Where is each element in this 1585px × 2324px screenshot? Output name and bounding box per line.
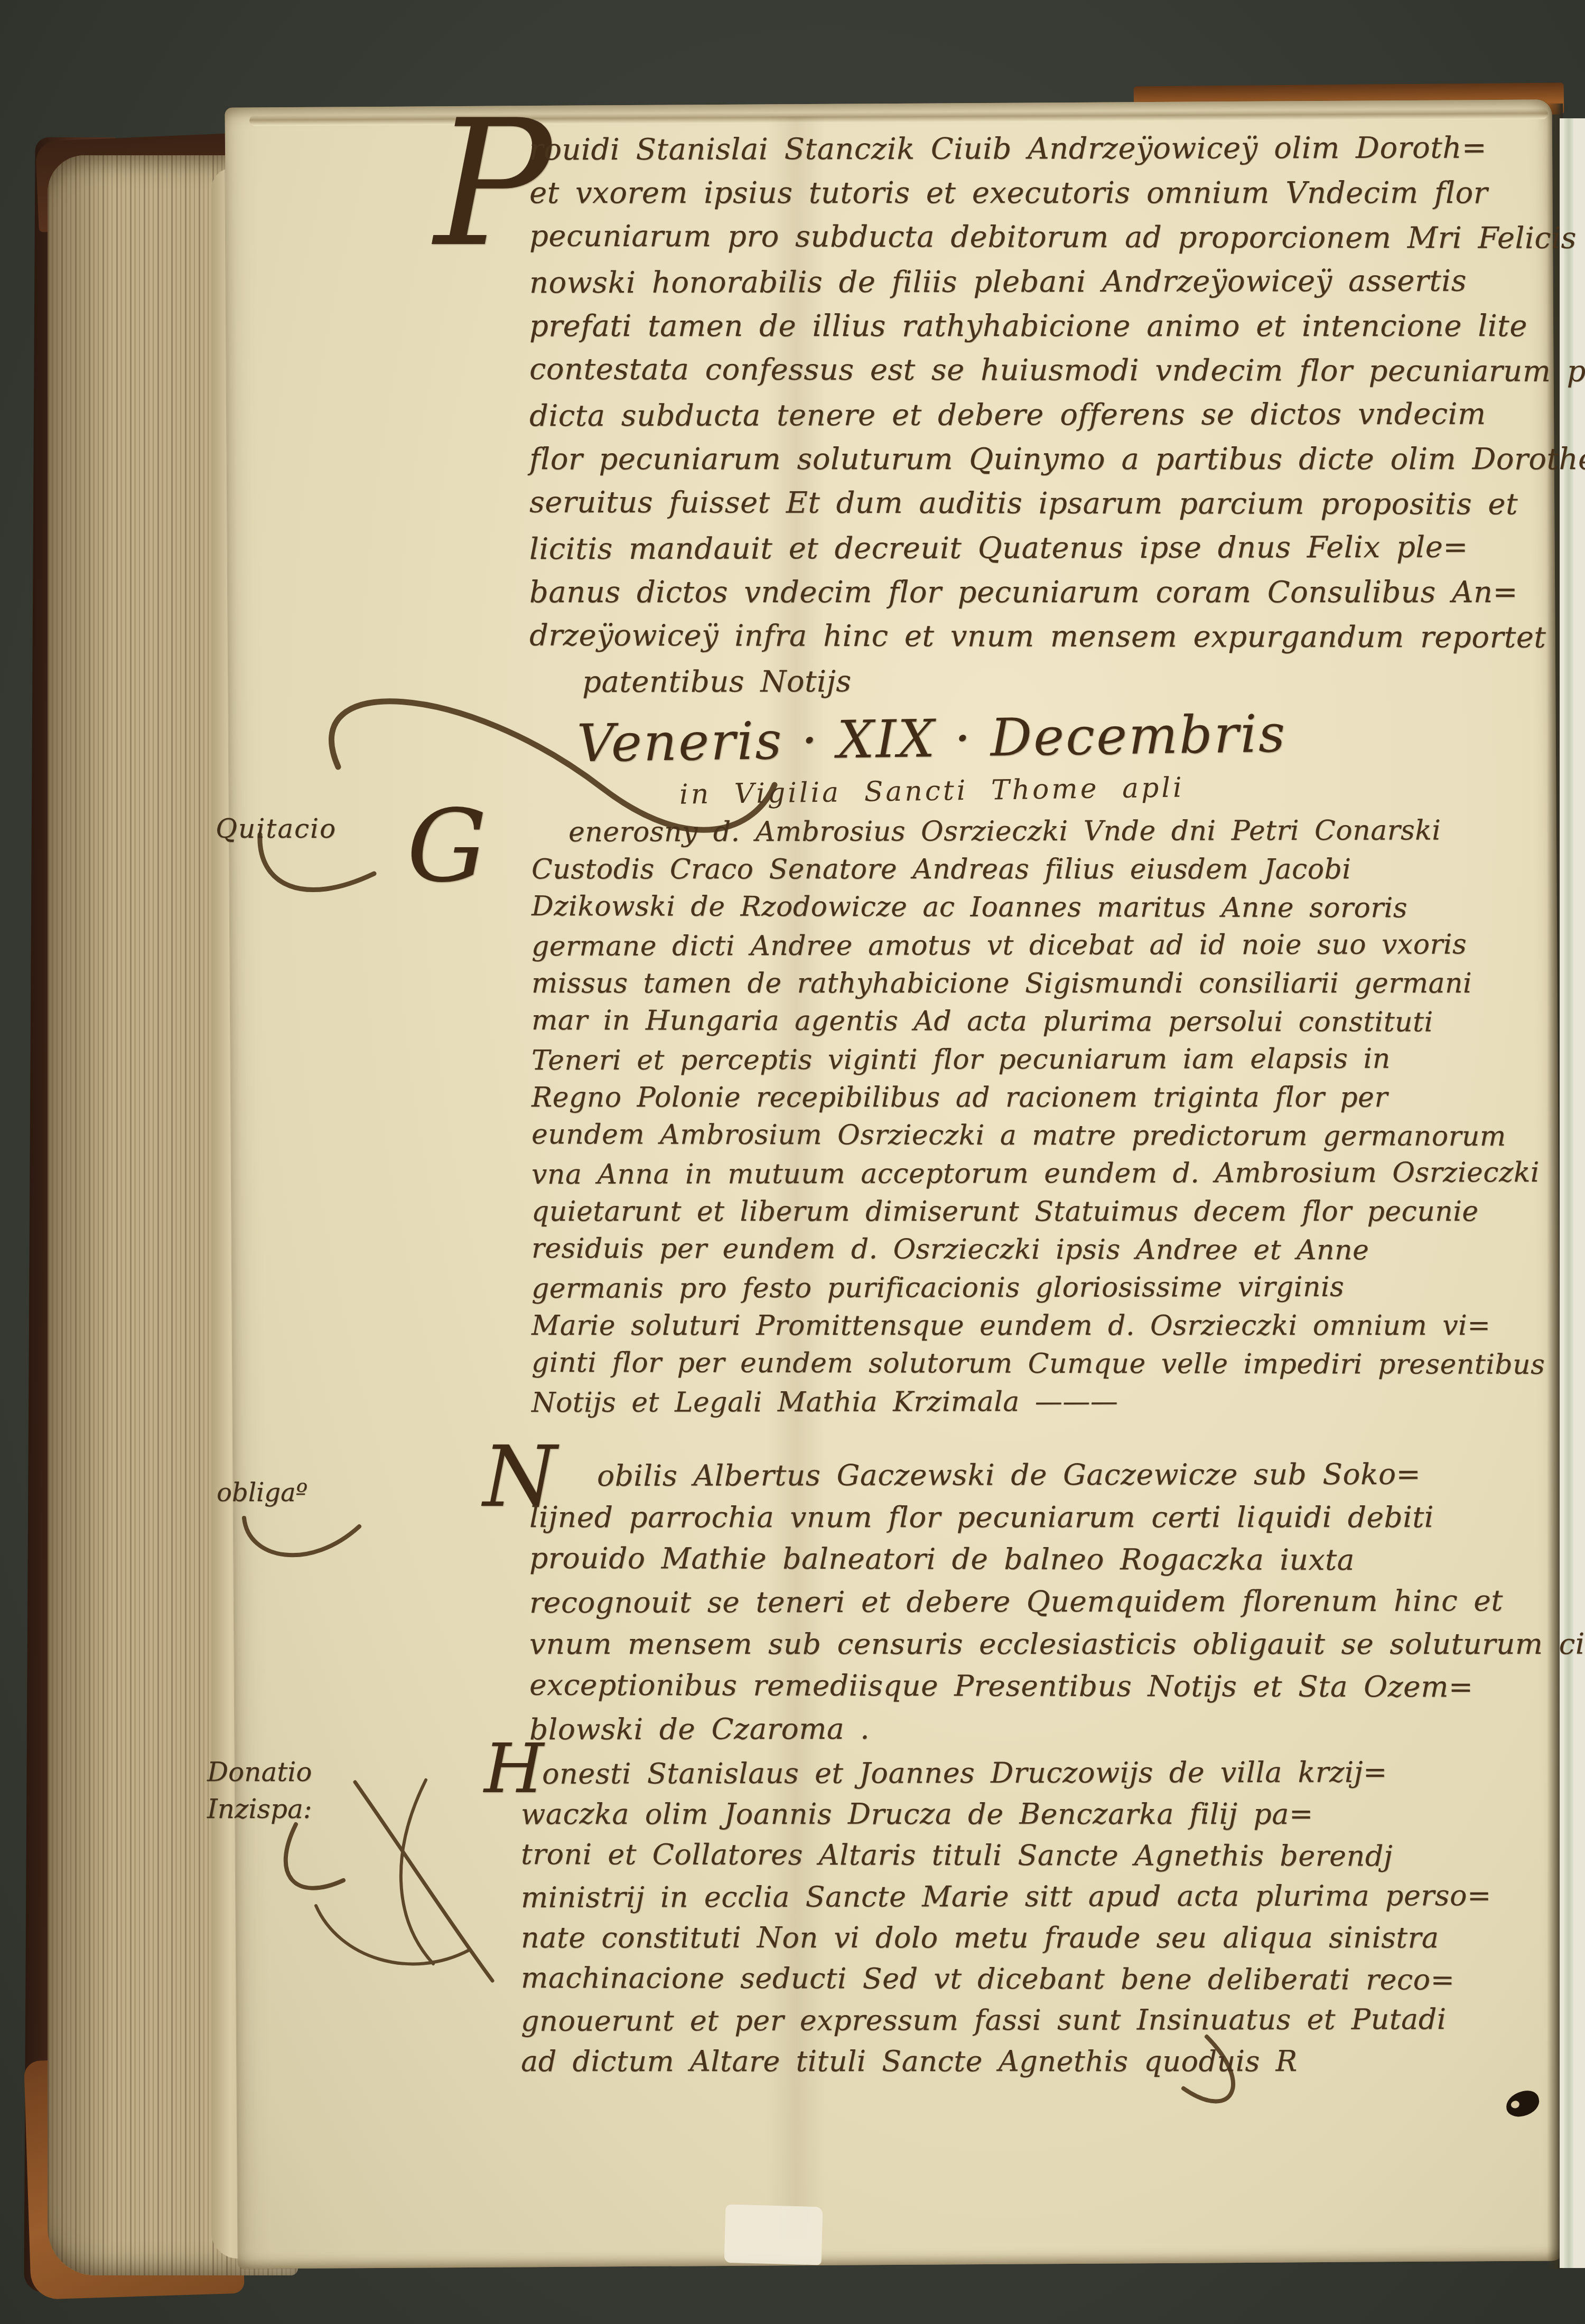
- text-line: rouidi Stanislai Stanczik Ciuib Andrzeÿo…: [529, 126, 1585, 173]
- text-line: contestata confessus est se huiusmodi vn…: [529, 348, 1585, 395]
- margin-note-quitacio: Quitacio: [216, 813, 337, 844]
- ink-blot-highlight: [1510, 2100, 1520, 2109]
- entry-providi-stanislai: rouidi Stanislai Stanczik Ciuib Andrzeÿo…: [529, 127, 1585, 704]
- paper-repair-patch: [724, 2205, 823, 2265]
- text-line: vna Anna in mutuum acceptorum eundem d. …: [532, 1154, 1545, 1194]
- text-line: residuis per eundem d. Osrzieczki ipsis …: [532, 1230, 1545, 1270]
- text-line: licitis mandauit et decreuit Quatenus ip…: [529, 525, 1585, 572]
- text-line: prouido Mathie balneatori de balneo Roga…: [529, 1537, 1585, 1581]
- entry-obligacio: obilis Albertus Gaczewski de Gaczewicze …: [529, 1454, 1585, 1749]
- text-line: germanis pro festo purificacionis glorio…: [532, 1268, 1545, 1308]
- text-line: enerosny d. Ambrosius Osrzieczki Vnde dn…: [532, 811, 1545, 851]
- text-line: pecuniarum pro subducta debitorum ad pro…: [529, 214, 1585, 261]
- text-line: lijned parrochia vnum flor pecuniarum ce…: [529, 1496, 1585, 1538]
- text-line: flor pecuniarum soluturum Quinymo a part…: [529, 437, 1585, 482]
- text-line: gnouerunt et per expressum fassi sunt In…: [521, 1999, 1491, 2042]
- text-line: dicta subducta tenere et debere offerens…: [529, 392, 1585, 439]
- text-line: blowski de Czaroma .: [529, 1706, 1585, 1750]
- text-line: recognouit se teneri et debere Quemquide…: [529, 1579, 1585, 1624]
- text-line: prefati tamen de illius rathyhabicione a…: [529, 304, 1585, 349]
- manuscript-scan: Quitacio obligaº Donatio Inzispa: P roui…: [0, 0, 1585, 2324]
- text-line: Marie soluturi Promittensque eundem d. O…: [532, 1307, 1545, 1345]
- text-line: machinacione seducti Sed vt dicebant ben…: [521, 1957, 1491, 2001]
- text-line: ginti flor per eundem solutorum Cumque v…: [532, 1344, 1545, 1384]
- text-line: drzeÿowiceÿ infra hinc et vnum mensem ex…: [529, 614, 1585, 661]
- text-line: Dzikowski de Rzodowicze ac Ioannes marit…: [532, 887, 1545, 927]
- text-line: exceptionibus remediisque Presentibus No…: [529, 1664, 1585, 1708]
- text-line: vnum mensem sub censuris ecclesiasticis …: [529, 1623, 1585, 1665]
- text-line: banus dictos vndecim flor pecuniarum cor…: [529, 570, 1585, 615]
- margin-note-donatio-line1: Donatio: [207, 1754, 312, 1791]
- text-line: patentibus Notijs: [529, 658, 1585, 705]
- text-line: Custodis Craco Senatore Andreas filius e…: [532, 850, 1545, 888]
- text-line: Regno Polonie recepibilibus ad racionem …: [532, 1079, 1545, 1117]
- entry-donatio: onesti Stanislaus et Joannes Druczowijs …: [521, 1753, 1491, 2082]
- text-line: obilis Albertus Gaczewski de Gaczewicze …: [529, 1452, 1585, 1497]
- text-line: ad dictum Altare tituli Sancte Agnethis …: [521, 2041, 1491, 2082]
- text-line: quietarunt et liberum dimiserunt Statuim…: [532, 1193, 1545, 1231]
- text-line: seruitus fuisset Et dum auditis ipsarum …: [529, 481, 1585, 528]
- text-line: missus tamen de rathyhabicione Sigismund…: [532, 964, 1545, 1002]
- text-line: troni et Collatores Altaris tituli Sanct…: [521, 1834, 1491, 1877]
- margin-note-donatio: Donatio Inzispa:: [207, 1754, 312, 1828]
- date-heading: Veneris · XIX · Decembris: [576, 704, 1287, 774]
- text-line: eundem Ambrosium Osrzieczki a matre pred…: [532, 1116, 1545, 1156]
- margin-note-obligacio: obligaº: [217, 1478, 307, 1507]
- text-line: ministrij in ecclia Sancte Marie sitt ap…: [521, 1875, 1491, 1918]
- entry2-initial: G: [407, 801, 487, 891]
- text-line: germane dicti Andree amotus vt dicebat a…: [532, 925, 1545, 966]
- text-line: nowski honorabilis de filiis plebani And…: [529, 259, 1585, 306]
- text-line: et vxorem ipsius tutoris et executoris o…: [529, 171, 1585, 215]
- text-line: mar in Hungaria agentis Ad acta plurima …: [532, 1001, 1545, 1042]
- text-line: nate constituti Non vi dolo metu fraude …: [521, 1917, 1491, 1958]
- text-line: onesti Stanislaus et Joannes Druczowijs …: [521, 1751, 1491, 1795]
- margin-note-donatio-line2: Inzispa:: [207, 1791, 312, 1828]
- entry-quitacio: enerosny d. Ambrosius Osrzieczki Vnde dn…: [532, 812, 1545, 1421]
- text-line: waczka olim Joannis Drucza de Benczarka …: [521, 1794, 1491, 1835]
- text-line: Notijs et Legali Mathia Krzimala ———: [532, 1382, 1545, 1422]
- text-line: Teneri et perceptis viginti flor pecunia…: [532, 1039, 1545, 1080]
